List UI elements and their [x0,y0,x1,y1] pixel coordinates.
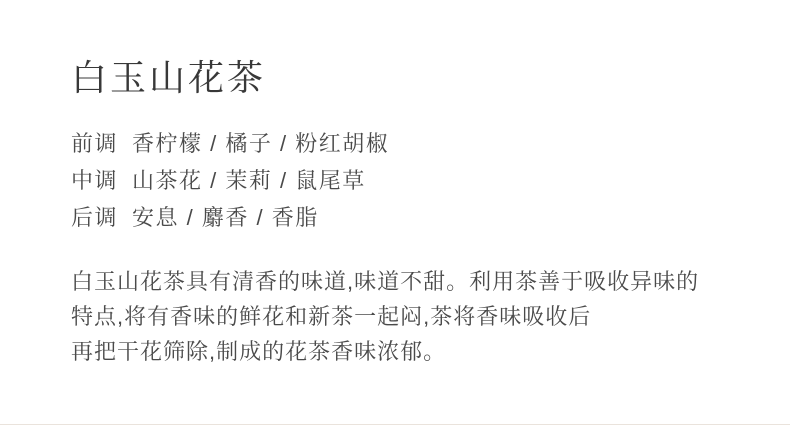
note-value-base: 安息 / 麝香 / 香脂 [132,205,319,230]
content-area: 白玉山花茶 前调香柠檬 / 橘子 / 粉红胡椒 中调山茶花 / 茉莉 / 鼠尾草… [0,0,790,369]
product-description: 白玉山花茶具有清香的味道,味道不甜。利用茶善于吸收异味的 特点,将有香味的鲜花和… [71,264,750,369]
note-value-top: 香柠檬 / 橘子 / 粉红胡椒 [132,131,389,156]
note-value-middle: 山茶花 / 茉莉 / 鼠尾草 [132,168,366,193]
product-title: 白玉山花茶 [71,56,750,99]
description-line: 特点,将有香味的鲜花和新茶一起闷,茶将香味吸收后 [71,299,750,334]
note-row-base: 后调安息 / 麝香 / 香脂 [71,199,750,236]
description-line: 再把干花筛除,制成的花茶香味浓郁。 [71,334,750,369]
description-line: 白玉山花茶具有清香的味道,味道不甜。利用茶善于吸收异味的 [71,264,750,299]
note-row-middle: 中调山茶花 / 茉莉 / 鼠尾草 [71,162,750,199]
product-description-section: 白玉山花茶 前调香柠檬 / 橘子 / 粉红胡椒 中调山茶花 / 茉莉 / 鼠尾草… [0,0,790,425]
note-label-middle: 中调 [71,162,118,199]
note-label-base: 后调 [71,199,118,236]
note-label-top: 前调 [71,125,118,162]
scent-notes-list: 前调香柠檬 / 橘子 / 粉红胡椒 中调山茶花 / 茉莉 / 鼠尾草 后调安息 … [71,125,750,236]
note-row-top: 前调香柠檬 / 橘子 / 粉红胡椒 [71,125,750,162]
